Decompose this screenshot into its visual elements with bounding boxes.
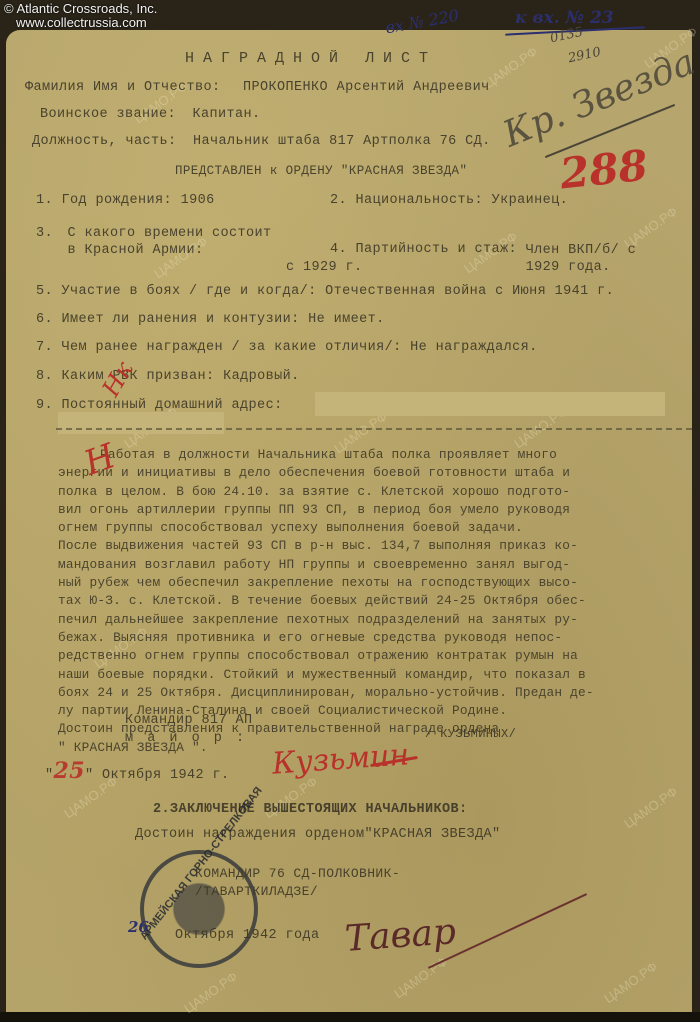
- copyright-text: © Atlantic Crossroads, Inc.: [4, 2, 157, 16]
- incoming-number-right: к вх. № 23: [515, 8, 614, 28]
- regiment-commander-title: Командир 817 АП: [125, 713, 253, 728]
- citation-line: мандования возглавил работу НП группы и …: [58, 556, 698, 574]
- name-field: Фамилия Имя и Отчество: ПРОКОПЕНКО Арсен…: [25, 80, 490, 95]
- document-title: НАГРАДНОЙ ЛИСТ: [185, 50, 437, 67]
- citation-line: Работая в должности Начальника штаба пол…: [58, 446, 698, 464]
- conscription-value: Кадровый.: [223, 369, 300, 384]
- nomination-heading: ПРЕДСТАВЛЕН к ОРДЕНУ "КРАСНАЯ ЗВЕЗДА": [175, 164, 467, 178]
- date-rest-2: Октября 1942 года: [175, 928, 320, 943]
- website-text: www.collectrussia.com: [4, 16, 157, 30]
- rank-label: Воинское звание:: [40, 107, 176, 122]
- citation-line: полка в целом. В бою 24.10. за взятие с.…: [58, 483, 698, 501]
- citation-line: печил дальнейшее закрепление пехотных по…: [58, 611, 698, 629]
- regiment-commander-name: / КУЗЬМИНЫХ/: [425, 727, 516, 741]
- redacted-address-bar: [315, 392, 665, 416]
- item-nationality: 2. Национальность: Украинец.: [330, 193, 568, 208]
- citation-line: наши боевые порядки. Стойкий и мужествен…: [58, 666, 698, 684]
- nationality-label: Национальность:: [356, 193, 484, 208]
- item-wounds: 6. Имеет ли ранения и контузии: Не имеет…: [36, 312, 385, 327]
- citation-line: бежах. Выясняя противника и его огневые …: [58, 629, 698, 647]
- item-combat: 5. Участие в боях / где и когда/: Отечес…: [36, 284, 614, 299]
- date-day-1: 25: [54, 758, 85, 784]
- party-value: Член ВКП/б/ с 1929 года.: [526, 242, 676, 276]
- name-label: Фамилия Имя и Отчество:: [25, 80, 221, 95]
- regiment-commander-rank: м а й о р :: [125, 731, 247, 746]
- combat-label: Участие в боях / где и когда/:: [62, 284, 317, 299]
- item-home-address: 9. Постоянный домашний адрес:: [36, 398, 283, 413]
- conclusion-heading: 2.ЗАКЛЮЧЕНИЕ ВЫШЕСТОЯЩИХ НАЧАЛЬНИКОВ:: [153, 802, 468, 817]
- item-prior-awards: 7. Чем ранее награжден / за какие отличи…: [36, 340, 538, 355]
- date-line-1: "25" Октября 1942 г.: [45, 758, 230, 784]
- citation-line: энергии и инициативы в дело обеспечения …: [58, 464, 698, 482]
- name-value: ПРОКОПЕНКО Арсентий Андреевич: [243, 80, 490, 95]
- redacted-address-bar: [58, 412, 224, 434]
- date-day-2: 26: [128, 918, 149, 936]
- date-line-2: Октября 1942 года: [175, 928, 320, 943]
- section-divider: [56, 428, 692, 430]
- item-birth-year: 1. Год рождения: 1906: [36, 193, 215, 208]
- citation-line: редственно огнем группы способствовал от…: [58, 647, 698, 665]
- birth-year-value: 1906: [181, 193, 215, 208]
- combat-value: Отечественная война с Июня 1941 г.: [325, 284, 614, 299]
- wounds-value: Не имеет.: [308, 312, 385, 327]
- item-army-since: 3. С какого времени состоит в Красной Ар…: [36, 225, 363, 259]
- nationality-value: Украинец.: [492, 193, 569, 208]
- citation-line: ный рубеж чем обеспечил закрепление пехо…: [58, 574, 698, 592]
- red-registration-number: 288: [558, 141, 650, 199]
- prior-awards-value: Не награждался.: [410, 340, 538, 355]
- citation-text: Работая в должности Начальника штаба пол…: [58, 446, 698, 757]
- rank-value: Капитан.: [193, 107, 261, 122]
- citation-line: тах Ю-З. с. Клетской. В течение боевых д…: [58, 592, 698, 610]
- item-party: 4. Партийность и стаж: Член ВКП/б/ с 192…: [330, 242, 676, 276]
- wounds-label: Имеет ли ранения и контузии:: [62, 312, 300, 327]
- citation-line: огнем группы способствовал успеху выполн…: [58, 519, 698, 537]
- item-conscription: 8. Каким РВК призван: Кадровый.: [36, 369, 300, 384]
- position-label: Должность, часть:: [32, 134, 177, 149]
- date-rest-1: Октября 1942 г.: [102, 768, 230, 783]
- rank-field: Воинское звание: Капитан.: [40, 107, 261, 122]
- division-commander-signature: Тавар: [344, 911, 458, 960]
- position-value: Начальник штаба 817 Артполка 76 СД.: [193, 134, 491, 149]
- division-commander-name: /ТАВАРТКИЛАДЗЕ/: [195, 884, 318, 899]
- citation-line: боях 24 и 25 Октября. Дисциплинирован, м…: [58, 684, 698, 702]
- prior-awards-label: Чем ранее награжден / за какие отличия/:: [62, 340, 402, 355]
- citation-line: После выдвижения частей 93 СП в р-н выс.…: [58, 537, 698, 555]
- division-commander-title: КОМАНДИР 76 СД-ПОЛКОВНИК-: [195, 866, 400, 881]
- conclusion-text: Достоин награждения орденом"КРАСНАЯ ЗВЕЗ…: [135, 827, 501, 842]
- birth-year-label: Год рождения:: [62, 193, 173, 208]
- scan-bottom-border: [0, 1012, 700, 1022]
- party-label: Партийность и стаж:: [356, 242, 518, 257]
- copyright-overlay: © Atlantic Crossroads, Inc. www.collectr…: [4, 2, 157, 30]
- army-since-label: С какого времени состоит в Красной Армии…: [68, 225, 278, 259]
- position-field: Должность, часть: Начальник штаба 817 Ар…: [32, 134, 491, 149]
- home-address-label: Постоянный домашний адрес:: [62, 398, 283, 413]
- citation-line: вил огонь артиллерии группы ПП 93 СП, в …: [58, 501, 698, 519]
